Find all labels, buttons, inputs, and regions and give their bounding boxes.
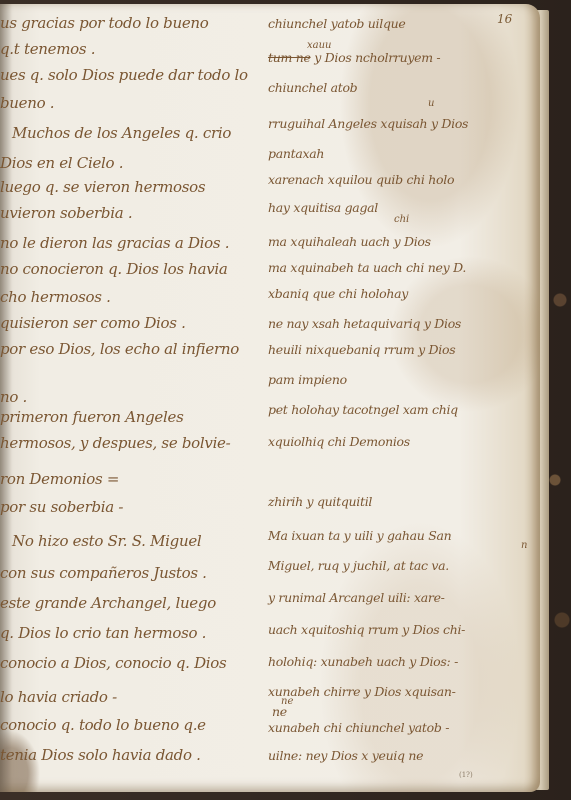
spanish-line: q.t tenemos . bbox=[0, 40, 95, 58]
interlinear-correction: xauu bbox=[307, 40, 331, 51]
spanish-line: tenia Dios solo havia dado . bbox=[0, 746, 201, 764]
kiche-line: uilne: ney Dios x yeuiq ne bbox=[268, 748, 423, 763]
kiche-line: tum ne y Dios ncholrruyem - bbox=[268, 50, 440, 65]
spanish-line: conocio a Dios, conocio q. Dios bbox=[0, 654, 226, 672]
spanish-line: por su soberbia - bbox=[0, 498, 123, 516]
spanish-line: hermosos, y despues, se bolvie- bbox=[0, 434, 230, 452]
interlinear-correction: ne bbox=[281, 696, 293, 707]
interlinear-correction: u bbox=[428, 98, 434, 109]
kiche-line: pantaxah bbox=[268, 146, 324, 161]
spanish-line: lo havia criado - bbox=[0, 688, 117, 706]
kiche-line: hay xquitisa gagal bbox=[268, 200, 378, 215]
kiche-line: xunabeh chirre y Dios xquisan- bbox=[268, 684, 456, 699]
spanish-line: ron Demonios = bbox=[0, 470, 119, 488]
kiche-line: rruguihal Angeles xquisah y Dios bbox=[268, 116, 468, 131]
interlinear-correction: n bbox=[521, 540, 527, 551]
kiche-line: zhirih y quitquitil bbox=[268, 494, 372, 509]
spanish-line: con sus compañeros Justos . bbox=[0, 564, 207, 582]
spanish-line: Dios en el Cielo . bbox=[0, 154, 123, 172]
spanish-line: este grande Archangel, luego bbox=[0, 594, 216, 612]
spanish-line: luego q. se vieron hermosos bbox=[0, 178, 205, 196]
spanish-line: no le dieron las gracias a Dios . bbox=[0, 234, 229, 252]
kiche-line: xbaniq que chi holohay bbox=[268, 286, 408, 301]
kiche-line: xunabeh chi chiunchel yatob - bbox=[268, 720, 449, 735]
spanish-line: us gracias por todo lo bueno bbox=[0, 14, 209, 32]
kiche-line: chiunchel yatob uilque bbox=[268, 16, 406, 31]
spanish-line: Muchos de los Angeles q. crio bbox=[12, 124, 231, 142]
spanish-line: primeron fueron Angeles bbox=[0, 408, 183, 426]
kiche-line: ma xquihaleah uach y Dios bbox=[268, 234, 431, 249]
manuscript-page: 16 us gracias por todo lo buenoq.t tenem… bbox=[0, 4, 540, 792]
kiche-line: pam impieno bbox=[268, 372, 347, 387]
kiche-line: y runimal Arcangel uili: xare- bbox=[268, 590, 445, 605]
spanish-line: no . bbox=[0, 388, 27, 406]
spanish-line: ues q. solo Dios puede dar todo lo bbox=[0, 66, 248, 84]
kiche-line: uach xquitoshiq rrum y Dios chi- bbox=[268, 622, 465, 637]
kiche-line: xquiolhiq chi Demonios bbox=[268, 434, 410, 449]
spanish-line: quisieron ser como Dios . bbox=[0, 314, 186, 332]
spanish-line: conocio q. todo lo bueno q.e bbox=[0, 716, 206, 734]
spanish-line: uvieron soberbia . bbox=[0, 204, 132, 222]
spanish-line: bueno . bbox=[0, 94, 54, 112]
spanish-line: no conocieron q. Dios los havia bbox=[0, 260, 228, 278]
struck-text: tum ne bbox=[268, 50, 311, 65]
kiche-line: xarenach xquilou quib chi holo bbox=[268, 172, 454, 187]
kiche-line: Miguel, ruq y juchil, at tac va. bbox=[268, 558, 449, 573]
kiche-line: chiunchel atob bbox=[268, 80, 357, 95]
spanish-line: No hizo esto Sr. S. Miguel bbox=[12, 532, 201, 550]
kiche-line: pet holohay tacotngel xam chiq bbox=[268, 402, 458, 417]
kiche-line: holohiq: xunabeh uach y Dios: - bbox=[268, 654, 458, 669]
spanish-line: cho hermosos . bbox=[0, 288, 111, 306]
library-stamp: (1?) bbox=[459, 771, 473, 779]
kiche-line: Ma ixuan ta y uili y gahau San bbox=[268, 528, 451, 543]
spanish-line: por eso Dios, los echo al infierno bbox=[0, 340, 239, 358]
kiche-line: heuili nixquebaniq rrum y Dios bbox=[268, 342, 455, 357]
kiche-line: ne nay xsah hetaquivariq y Dios bbox=[268, 316, 461, 331]
folio-number: 16 bbox=[497, 12, 512, 26]
kiche-line: ma xquinabeh ta uach chi ney D. bbox=[268, 260, 466, 275]
interlinear-correction: chi bbox=[394, 214, 409, 225]
spanish-line: q. Dios lo crio tan hermoso . bbox=[0, 624, 206, 642]
